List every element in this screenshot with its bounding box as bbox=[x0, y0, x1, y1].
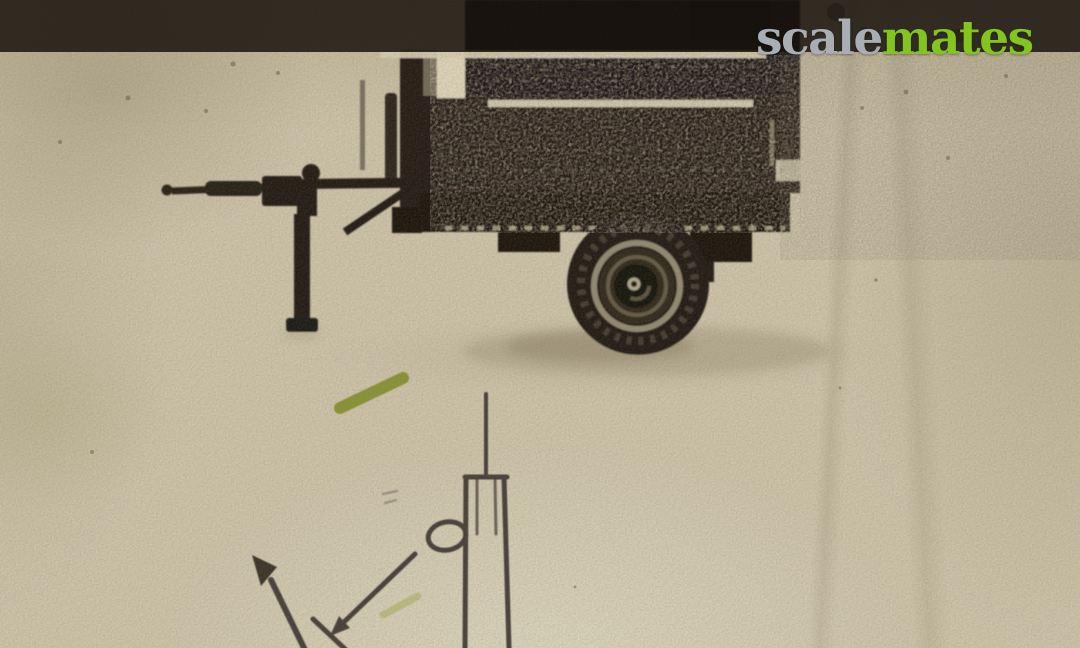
photo-canvas: scalemates bbox=[0, 0, 1080, 648]
watermark-logo-first-word: scale bbox=[756, 11, 882, 66]
grain-overlay bbox=[0, 0, 1080, 648]
watermark-logo-second-word: mates bbox=[882, 11, 1033, 66]
watermark-logo: scalemates bbox=[756, 15, 1033, 62]
photo-artwork bbox=[0, 0, 1080, 648]
